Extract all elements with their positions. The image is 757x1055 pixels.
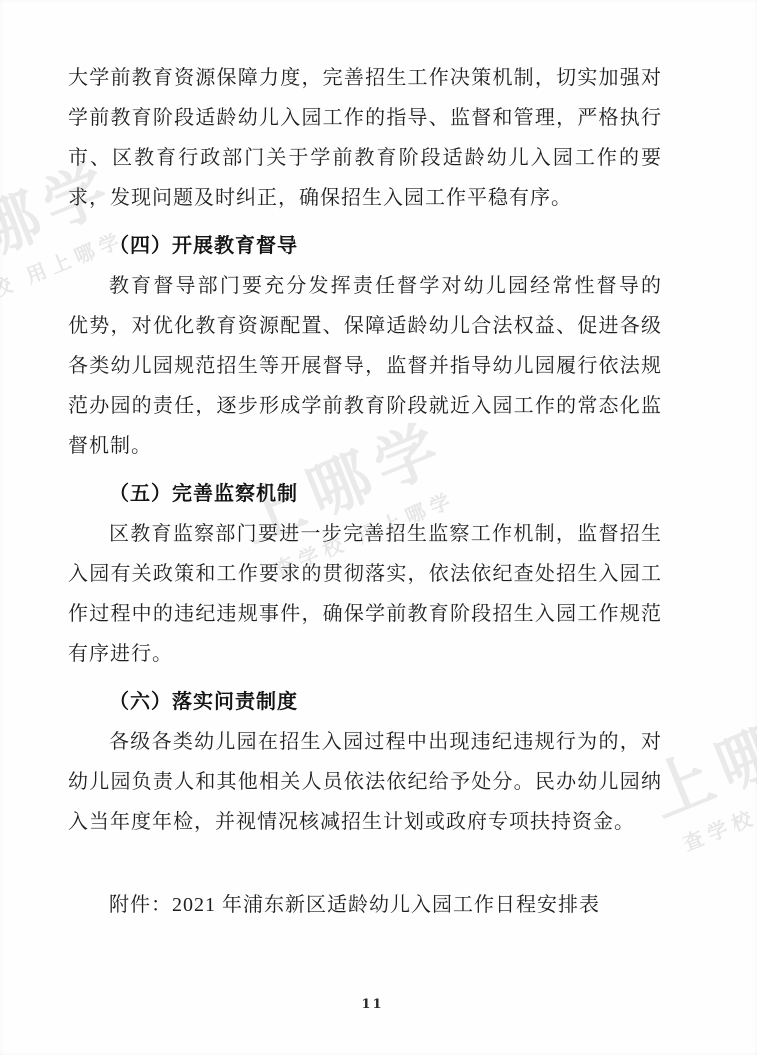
text-line: 学前教育阶段适龄幼儿入园工作的指导、监督和管理，严格执行	[68, 98, 662, 138]
text-line: 求，发现问题及时纠正，确保招生入园工作平稳有序。	[68, 178, 662, 218]
text-line: 作过程中的违纪违规事件，确保学前教育阶段招生入园工作规范	[68, 594, 662, 634]
text-line: 教育督导部门要充分发挥责任督学对幼儿园经常性督导的	[68, 266, 662, 306]
text-line: 大学前教育资源保障力度，完善招生工作决策机制，切实加强对	[68, 58, 662, 98]
section-heading: （五）完善监察机制	[68, 474, 662, 514]
text-line: 各类幼儿园规范招生等开展督导，监督并指导幼儿园履行依法规	[68, 346, 662, 386]
text-line: 各级各类幼儿园在招生入园过程中出现违纪违规行为的，对	[68, 722, 662, 762]
text-line: 幼儿园负责人和其他相关人员依法依纪给予处分。民办幼儿园纳	[68, 762, 662, 802]
text-line: 入当年度年检，并视情况核减招生计划或政府专项扶持资金。	[68, 802, 662, 842]
document-content: 大学前教育资源保障力度，完善招生工作决策机制，切实加强对学前教育阶段适龄幼儿入园…	[68, 58, 662, 925]
text-line: 有序进行。	[68, 634, 662, 674]
text-line: 区教育监察部门要进一步完善招生监察工作机制，监督招生	[68, 514, 662, 554]
attachment-line: 附件：2021 年浦东新区适龄幼儿入园工作日程安排表	[68, 885, 662, 925]
text-line: 市、区教育行政部门关于学前教育阶段适龄幼儿入园工作的要	[68, 138, 662, 178]
text-line: 优势，对优化教育资源配置、保障适龄幼儿合法权益、促进各级	[68, 306, 662, 346]
document-page: 上哪学 查学校 用上哪学 上哪学 查学校 用上哪学 上哪学 查学校 用上哪学 大…	[0, 0, 757, 1055]
text-line: 督机制。	[68, 426, 662, 466]
page-number: 11	[0, 997, 745, 1012]
section-heading: （六）落实问责制度	[68, 682, 662, 722]
text-line: 入园有关政策和工作要求的贯彻落实，依法依纪查处招生入园工	[68, 554, 662, 594]
section-heading: （四）开展教育督导	[68, 226, 662, 266]
watermark-small-text: 查学校 用上哪学	[670, 760, 757, 859]
text-line: 范办园的责任，逐步形成学前教育阶段就近入园工作的常态化监	[68, 386, 662, 426]
